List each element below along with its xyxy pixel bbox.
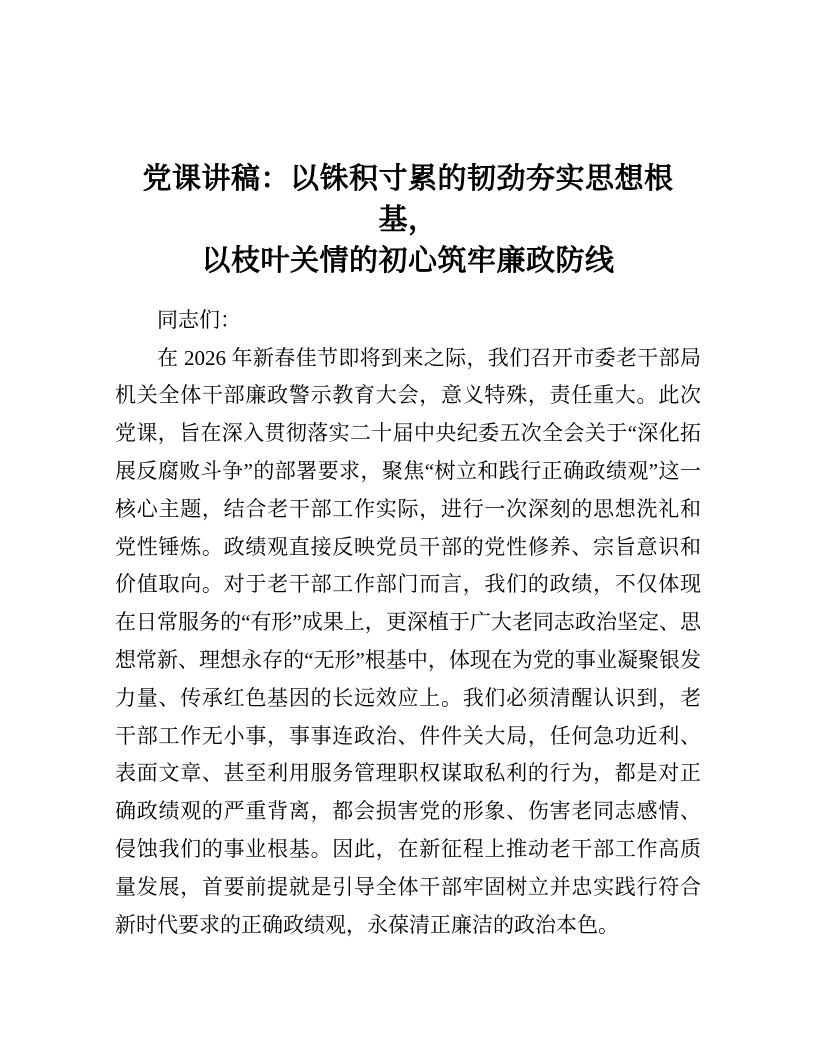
- document-title: 党课讲稿：以铢积寸累的韧劲夯实思想根基， 以枝叶关情的初心筑牢廉政防线: [115, 159, 701, 282]
- body-paragraph: 在 2026 年新春佳节即将到来之际，我们召开市委老干部局机关全体干部廉政警示教…: [115, 340, 701, 945]
- document-title-line-2: 以枝叶关情的初心筑牢廉政防线: [115, 241, 701, 282]
- document-page: 党课讲稿：以铢积寸累的韧劲夯实思想根基， 以枝叶关情的初心筑牢廉政防线 同志们：…: [0, 0, 816, 1056]
- document-title-line-1: 党课讲稿：以铢积寸累的韧劲夯实思想根基，: [115, 159, 701, 241]
- salutation: 同志们：: [115, 302, 701, 340]
- document-body: 同志们： 在 2026 年新春佳节即将到来之际，我们召开市委老干部局机关全体干部…: [115, 302, 701, 945]
